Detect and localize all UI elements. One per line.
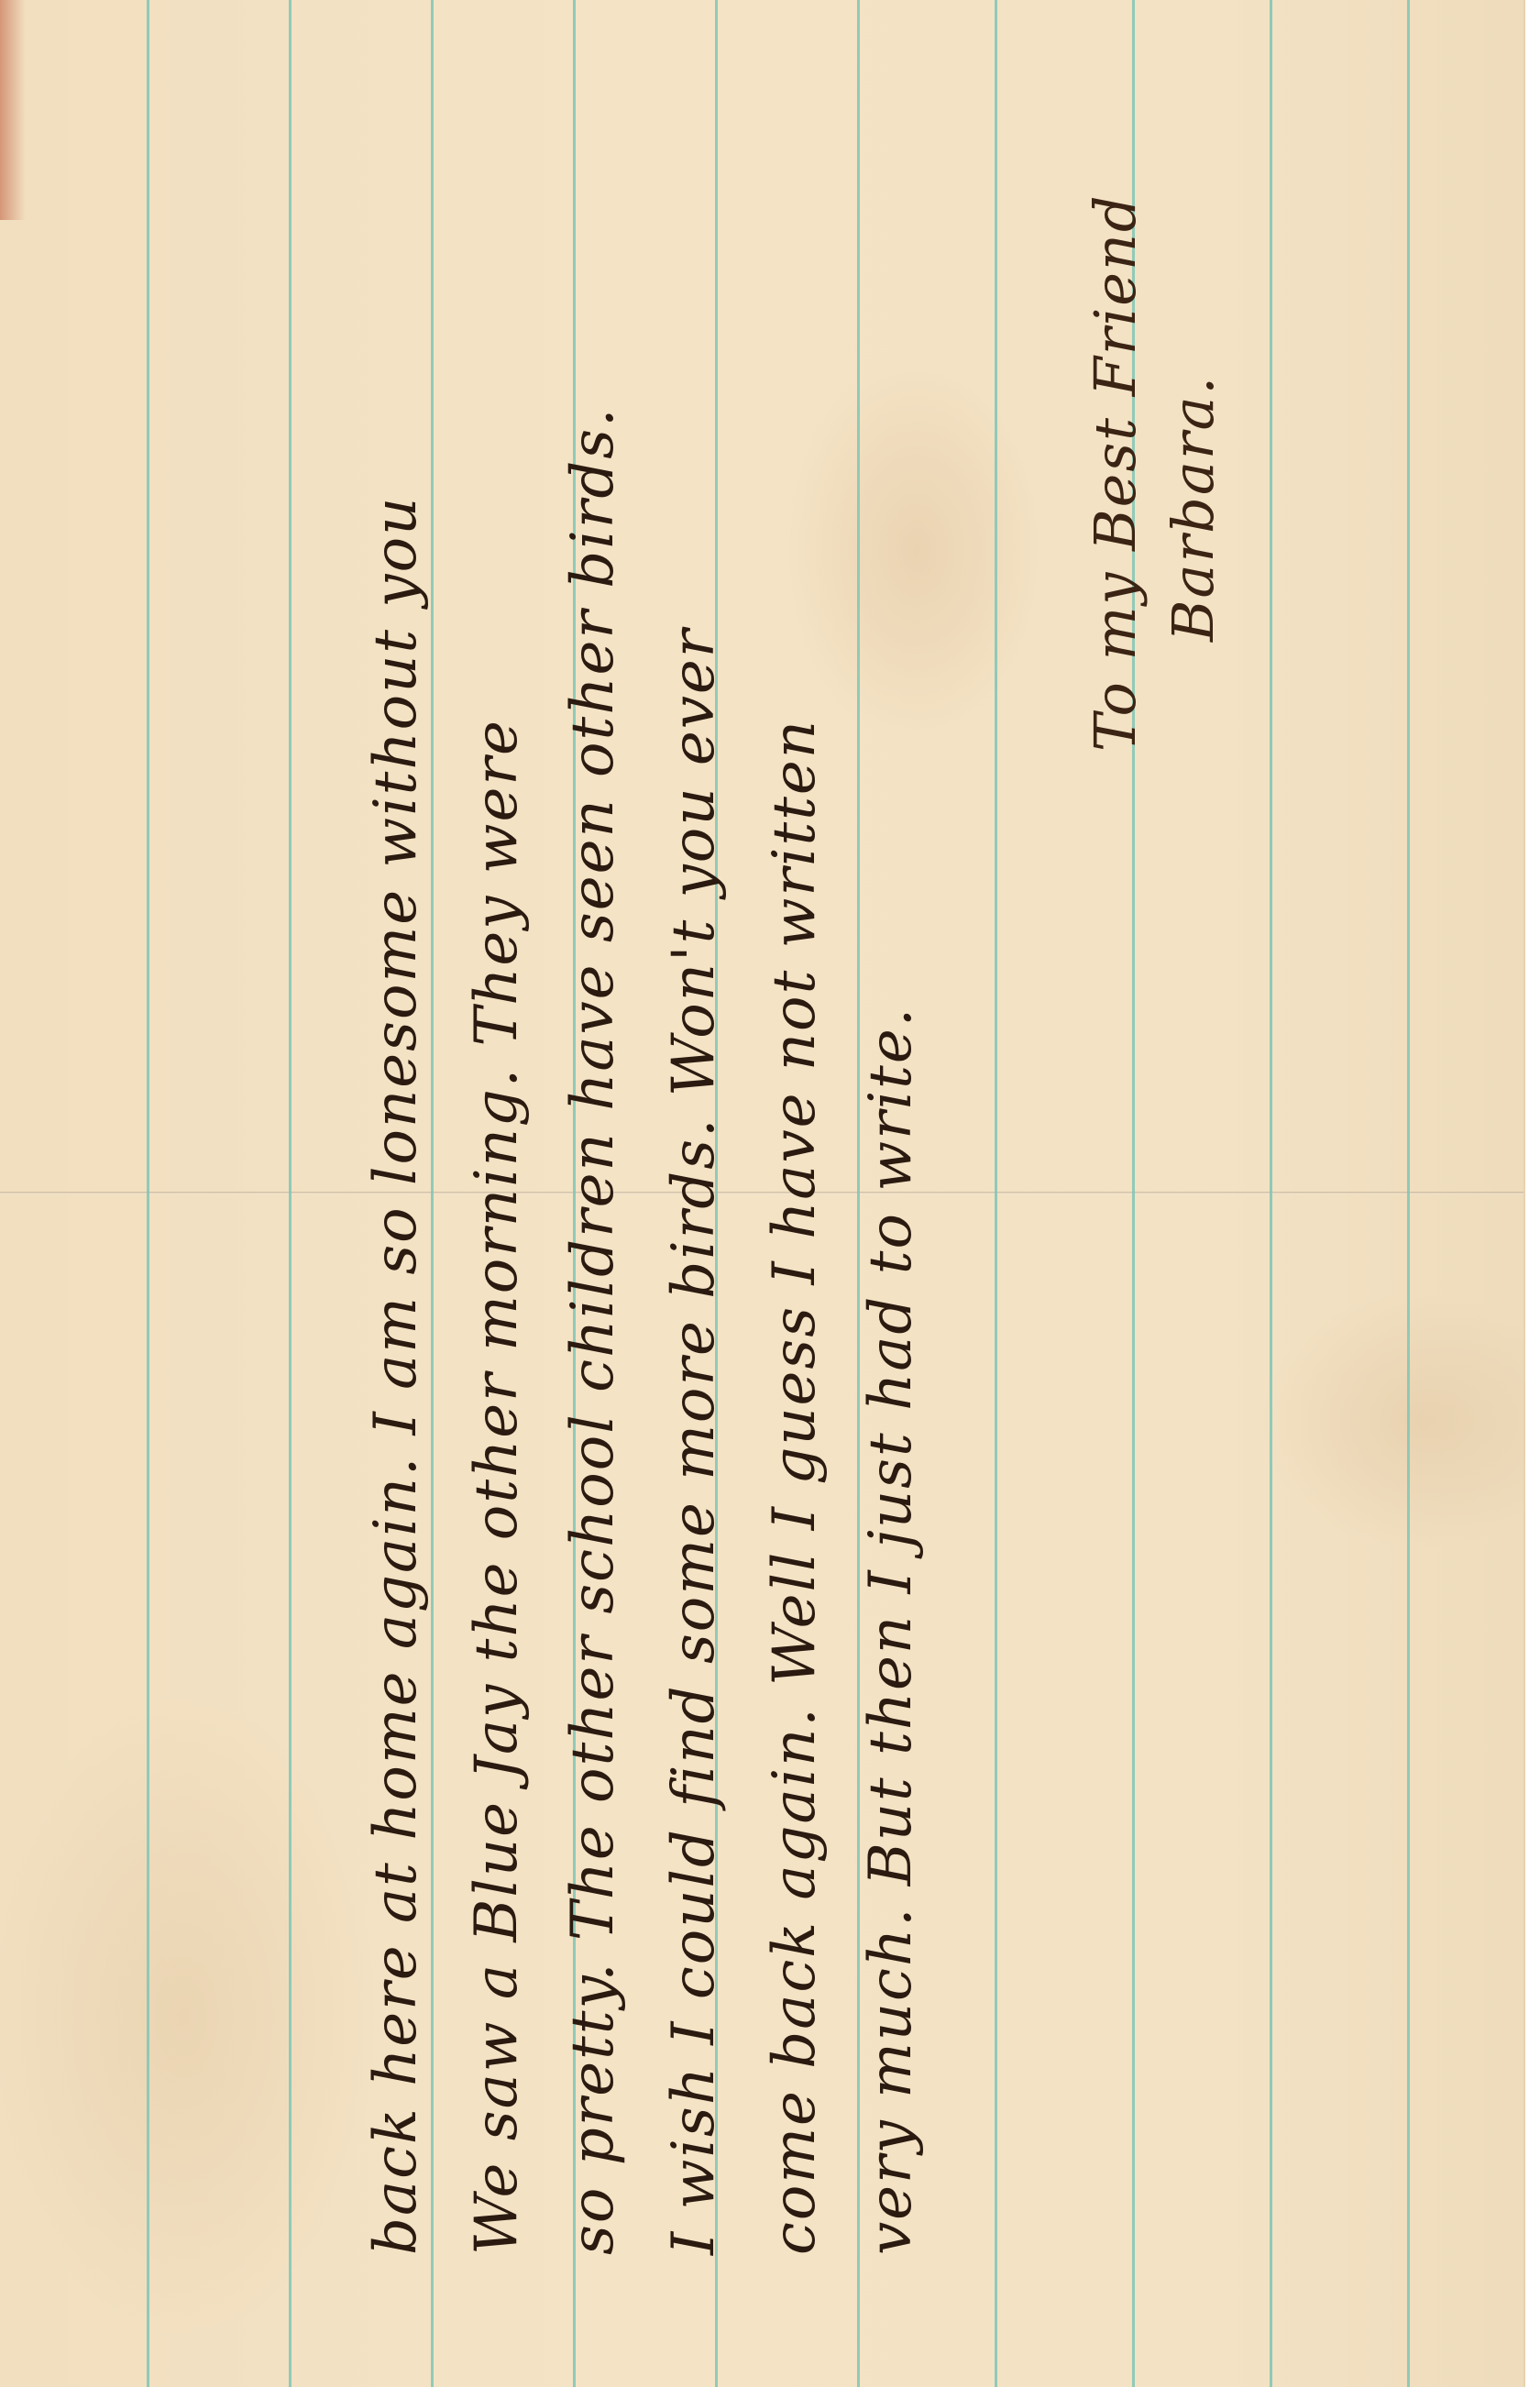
ruled-line — [1270, 0, 1272, 2387]
letter-closing: To my Best Friend — [1082, 193, 1149, 752]
letter-line-2: We saw a Blue Jay the other morning. The… — [463, 719, 531, 2255]
paper-stain — [0, 0, 26, 220]
ruled-line — [147, 0, 149, 2387]
letter-line-5: come back again. Well I guess I have not… — [761, 719, 829, 2255]
letter-page: back here at home again. I am so lonesom… — [0, 0, 1525, 2387]
letter-line-6: very much. But then I just had to write. — [857, 1006, 925, 2255]
letter-line-3: so pretty. The other school children hav… — [559, 407, 627, 2256]
letter-line-4: I wish I could find some more birds. Won… — [660, 628, 728, 2255]
letter-signature: Barbara. — [1160, 375, 1226, 642]
ruled-line — [431, 0, 434, 2387]
ruled-line — [289, 0, 291, 2387]
letter-line-1: back here at home again. I am so lonesom… — [362, 496, 430, 2255]
ruled-line — [1407, 0, 1410, 2387]
ruled-line — [995, 0, 997, 2387]
